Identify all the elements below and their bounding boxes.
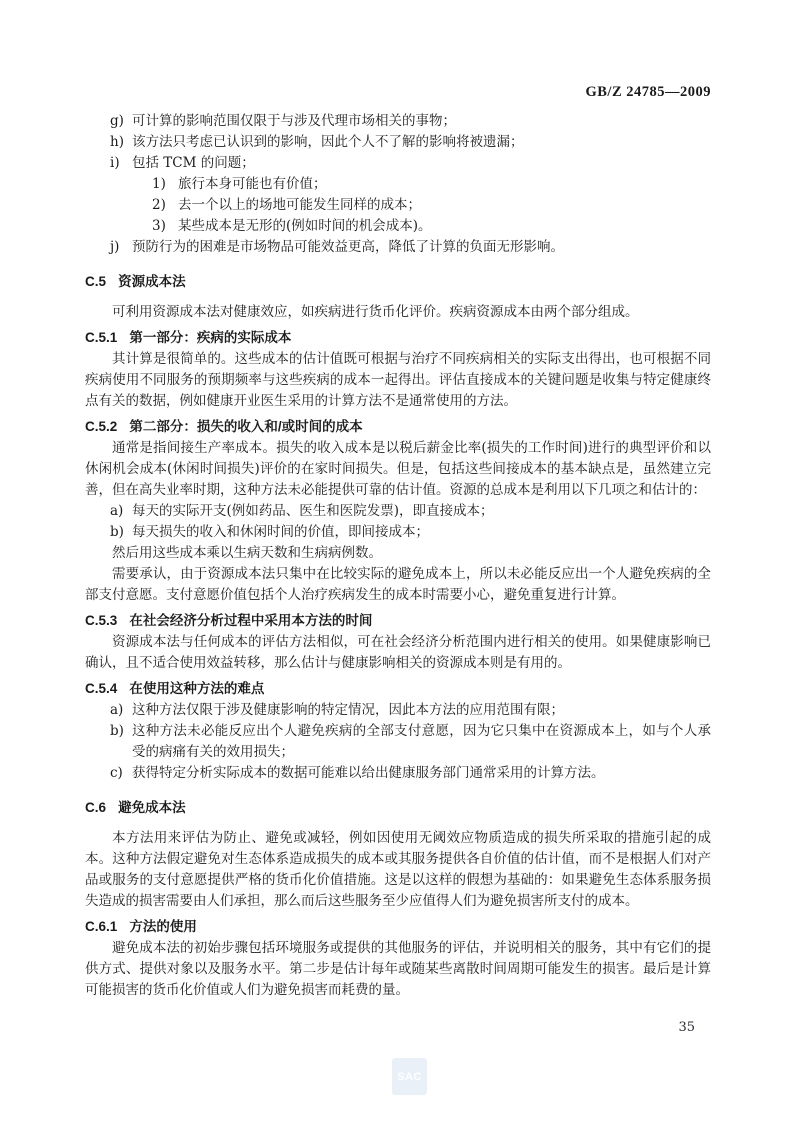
list-text: 可计算的影响范围仅限于与涉及代理市场相关的事物； (132, 113, 456, 129)
list-text: 这种方法仅限于涉及健康影响的特定情况，因此本方法的应用范围有限； (132, 702, 564, 718)
subsection-heading: C.5.3在社会经济分析过程中采用本方法的时间 (85, 610, 711, 631)
list-text: 包括 TCM 的问题； (132, 155, 255, 171)
section-title: 方法的使用 (129, 919, 197, 934)
list-item: a) 这种方法仅限于涉及健康影响的特定情况，因此本方法的应用范围有限； (85, 700, 711, 721)
list-item: h) 该方法只考虑已认识到的影响，因此个人不了解的影响将被遗漏； (85, 132, 711, 153)
section-number: C.6.1 (85, 919, 117, 934)
section-title: 在使用这种方法的难点 (129, 681, 264, 696)
list-item: b) 每天损失的收入和休闲时间的价值，即间接成本； (85, 522, 711, 543)
list-marker: j) (110, 237, 119, 258)
list-marker: 3) (152, 216, 166, 237)
section-number: C.5.2 (85, 419, 117, 434)
sub-list-item: 1) 旅行本身可能也有价值； (85, 174, 711, 195)
list-marker: i) (110, 153, 120, 174)
list-marker: 1) (152, 174, 166, 195)
sac-watermark-logo: SAC (392, 1058, 427, 1095)
list-marker: g) (110, 111, 124, 132)
paragraph: 资源成本法与任何成本的评估方法相似，可在社会经济分析范围内进行相关的使用。如果健… (85, 632, 711, 674)
section-number: C.5.4 (85, 681, 117, 696)
list-text: 获得特定分析实际成本的数据可能难以给出健康服务部门通常采用的计算方法。 (132, 765, 605, 781)
list-marker: c) (110, 763, 123, 784)
section-title: 避免成本法 (118, 800, 186, 815)
section-title: 资源成本法 (118, 274, 186, 289)
list-text: 预防行为的困难是市场物品可能效益更高，降低了计算的负面无形影响。 (132, 239, 564, 255)
subsection-heading: C.5.4在使用这种方法的难点 (85, 678, 711, 699)
subsection-heading: C.5.2第二部分：损失的收入和/或时间的成本 (85, 416, 711, 437)
list-marker: 2) (152, 195, 166, 216)
paragraph: 需要承认，由于资源成本法只集中在比较实际的避免成本上，所以未必能反应出一个人避免… (85, 564, 711, 606)
paragraph: 本方法用来评估为防止、避免或减轻，例如因使用无阈效应物质造成的损失所采取的措施引… (85, 828, 711, 912)
document-page: GB/Z 24785—2009 g) 可计算的影响范围仅限于与涉及代理市场相关的… (0, 0, 794, 1123)
section-title: 在社会经济分析过程中采用本方法的时间 (129, 613, 372, 628)
list-text: 去一个以上的场地可能发生同样的成本； (178, 197, 421, 213)
paragraph: 通常是指间接生产率成本。损失的收入成本是以税后薪金比率(损失的工作时间)进行的典… (85, 438, 711, 501)
list-item: i) 包括 TCM 的问题； (85, 153, 711, 174)
list-text: 每天的实际开支(例如药品、医生和医院发票)，即直接成本； (132, 503, 494, 519)
section-number: C.5 (85, 274, 106, 289)
list-item: g) 可计算的影响范围仅限于与涉及代理市场相关的事物； (85, 111, 711, 132)
paragraph: 可利用资源成本法对健康效应，如疾病进行货币化评价。疾病资源成本由两个部分组成。 (85, 302, 711, 323)
paragraph: 其计算是很简单的。这些成本的估计值既可根据与治疗不同疾病相关的实际支出得出，也可… (85, 349, 711, 412)
sub-list-item: 2) 去一个以上的场地可能发生同样的成本； (85, 195, 711, 216)
list-marker: h) (110, 132, 124, 153)
sub-list-item: 3) 某些成本是无形的(例如时间的机会成本)。 (85, 216, 711, 237)
list-item: b) 这种方法未必能反应出个人避免疾病的全部支付意愿，因为它只集中在资源成本上，… (85, 721, 711, 763)
subsection-heading: C.5.1第一部分：疾病的实际成本 (85, 327, 711, 348)
subsection-heading: C.6.1方法的使用 (85, 916, 711, 937)
paragraph: 然后用这些成本乘以生病天数和生病病例数。 (85, 543, 711, 564)
section-number: C.5.3 (85, 613, 117, 628)
list-text: 旅行本身可能也有价值； (178, 176, 327, 192)
standard-code-header: GB/Z 24785—2009 (85, 84, 711, 101)
section-heading: C.6避免成本法 (85, 797, 711, 818)
section-title: 第一部分：疾病的实际成本 (129, 330, 291, 345)
section-title: 第二部分：损失的收入和/或时间的成本 (129, 419, 362, 434)
list-marker: b) (110, 522, 124, 543)
list-marker: a) (110, 700, 123, 721)
list-text: 这种方法未必能反应出个人避免疾病的全部支付意愿，因为它只集中在资源成本上，如与个… (132, 723, 711, 760)
list-text: 该方法只考虑已认识到的影响，因此个人不了解的影响将被遗漏； (132, 134, 524, 150)
document-body: g) 可计算的影响范围仅限于与涉及代理市场相关的事物； h) 该方法只考虑已认识… (85, 111, 711, 1001)
section-number: C.5.1 (85, 330, 117, 345)
list-item: c) 获得特定分析实际成本的数据可能难以给出健康服务部门通常采用的计算方法。 (85, 763, 711, 784)
list-marker: b) (110, 721, 124, 742)
section-number: C.6 (85, 800, 106, 815)
list-item: j) 预防行为的困难是市场物品可能效益更高，降低了计算的负面无形影响。 (85, 237, 711, 258)
list-text: 某些成本是无形的(例如时间的机会成本)。 (178, 218, 432, 234)
section-heading: C.5资源成本法 (85, 271, 711, 292)
list-text: 每天损失的收入和休闲时间的价值，即间接成本； (132, 524, 429, 540)
list-marker: a) (110, 501, 123, 522)
paragraph: 避免成本法的初始步骤包括环境服务或提供的其他服务的评估，并说明相关的服务，其中有… (85, 938, 711, 1001)
list-item: a) 每天的实际开支(例如药品、医生和医院发票)，即直接成本； (85, 501, 711, 522)
page-number: 35 (85, 1020, 711, 1035)
